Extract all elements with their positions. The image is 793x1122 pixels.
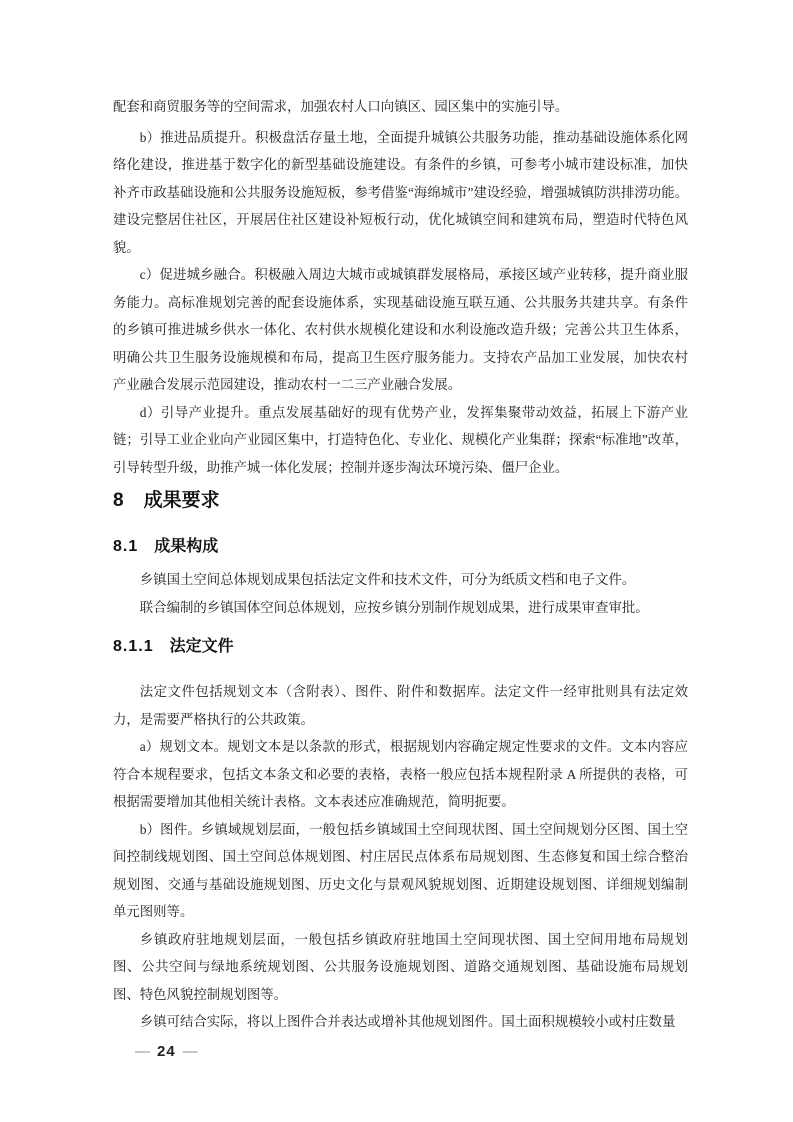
paragraph-item-d-industry: d）引导产业提升。重点发展基础好的现有优势产业，发挥集聚带动效益，拓展上下游产业… bbox=[113, 399, 688, 482]
page-number: 24 bbox=[157, 1044, 176, 1060]
heading-8-1-1-number: 8.1.1 bbox=[113, 638, 154, 655]
paragraph-item-b-quality: b）推进品质提升。积极盘活存量土地，全面提升城镇公共服务功能，推动基础设施体系化… bbox=[113, 124, 688, 262]
paragraph-item-a-planning-text: a）规划文本。规划文本是以条款的形式，根据规划内容确定规定性要求的文件。文本内容… bbox=[113, 733, 688, 816]
footer-dash-left: — bbox=[135, 1044, 150, 1060]
heading-8-1-1-title: 法定文件 bbox=[170, 638, 234, 655]
document-page: 配套和商贸服务等的空间需求，加强农村人口向镇区、园区集中的实施引导。 b）推进品… bbox=[0, 0, 793, 1122]
paragraph-results-composition-1: 乡镇国土空间总体规划成果包括法定文件和技术文件，可分为纸质文档和电子文件。 bbox=[113, 566, 688, 594]
paragraph-item-c-integration: c）促进城乡融合。积极融入周边大城市或城镇群发展格局，承接区域产业转移，提升商业… bbox=[113, 261, 688, 399]
paragraph-legal-documents-intro: 法定文件包括规划文本（含附表）、图件、附件和数据库。法定文件一经审批则具有法定效… bbox=[113, 678, 688, 733]
page-footer: — 24 — bbox=[135, 1044, 198, 1060]
paragraph-drawings-merge-note: 乡镇可结合实际，将以上图件合并表达或增补其他规划图件。国土面积规模较小或村庄数量 bbox=[113, 1008, 688, 1036]
heading-8-1-number: 8.1 bbox=[113, 538, 138, 555]
paragraph-results-composition-2: 联合编制的乡镇国体空间总体规划，应按乡镇分别制作规划成果，进行成果审查审批。 bbox=[113, 594, 688, 622]
heading-8-title: 成果要求 bbox=[144, 490, 220, 511]
paragraph-continuation: 配套和商贸服务等的空间需求，加强农村人口向镇区、园区集中的实施引导。 bbox=[113, 93, 688, 121]
heading-8-1-title: 成果构成 bbox=[154, 538, 218, 555]
page-content: 配套和商贸服务等的空间需求，加强农村人口向镇区、园区集中的实施引导。 b）推进品… bbox=[113, 93, 688, 1036]
heading-section-8: 8成果要求 bbox=[113, 488, 688, 514]
footer-dash-right: — bbox=[183, 1044, 198, 1060]
heading-section-8-1: 8.1成果构成 bbox=[113, 535, 688, 559]
paragraph-government-seat-drawings: 乡镇政府驻地规划层面，一般包括乡镇政府驻地国土空间现状图、国土空间用地布局规划图… bbox=[113, 926, 688, 1009]
heading-8-number: 8 bbox=[113, 490, 125, 511]
paragraph-item-b-drawings: b）图件。乡镇域规划层面，一般包括乡镇域国土空间现状图、国土空间规划分区图、国土… bbox=[113, 816, 688, 926]
heading-section-8-1-1: 8.1.1法定文件 bbox=[113, 635, 688, 659]
